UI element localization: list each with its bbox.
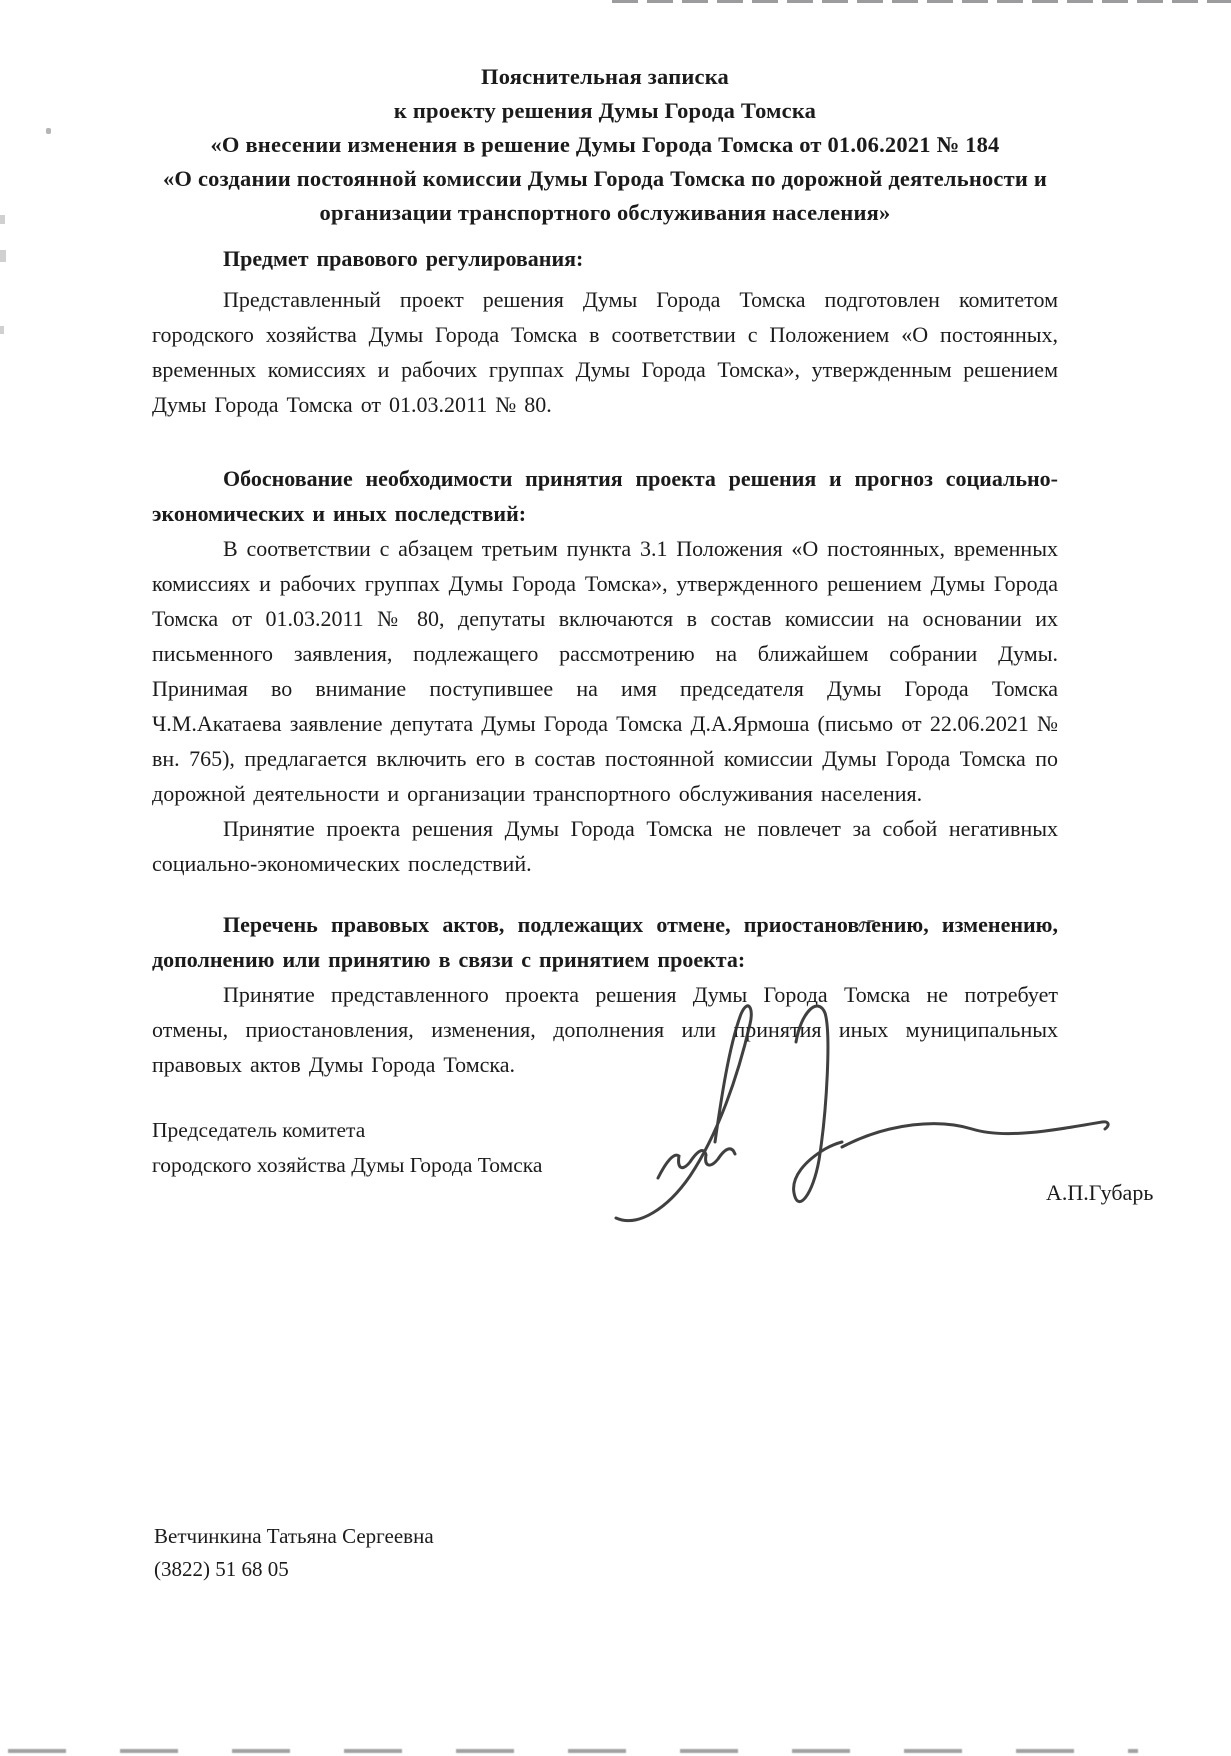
scan-speck (0, 326, 4, 334)
signer-position-line-2: городского хозяйства Думы Города Томска (152, 1148, 542, 1183)
paragraph-justification-2: Принятие проекта решения Думы Города Том… (152, 811, 1058, 881)
signer-name: А.П.Губарь (1046, 1180, 1153, 1206)
paragraph-subject-of-regulation: Представленный проект решения Думы Город… (152, 282, 1058, 422)
ink-speck-artifact (856, 915, 878, 933)
title-line-4: «О создании постоянной комиссии Думы Гор… (120, 162, 1090, 196)
document-title: Пояснительная записка к проекту решения … (120, 60, 1090, 230)
contact-block: Ветчинкина Татьяна Сергеевна (3822) 51 6… (154, 1520, 434, 1586)
signer-position-line-1: Председатель комитета (152, 1113, 542, 1148)
paragraph-justification-1: В соответствии с абзацем третьим пункта … (152, 531, 1058, 811)
signer-position: Председатель комитета городского хозяйст… (152, 1113, 542, 1183)
scan-speck (0, 250, 6, 262)
document-body: Пояснительная записка к проекту решения … (152, 60, 1058, 1082)
section-heading-justification: Обоснование необходимости принятия проек… (152, 461, 1058, 531)
scan-artifact-bottom-edge (8, 1749, 1138, 1753)
section-heading-list-of-acts: Перечень правовых актов, подлежащих отме… (152, 907, 1058, 977)
contact-person-name: Ветчинкина Татьяна Сергеевна (154, 1520, 434, 1553)
handwritten-signature (598, 980, 1118, 1240)
scan-speck (46, 128, 51, 134)
title-line-1: Пояснительная записка (120, 60, 1090, 94)
scan-speck (0, 215, 5, 224)
title-line-3: «О внесении изменения в решение Думы Гор… (120, 128, 1090, 162)
ink-speck-icon (856, 918, 878, 928)
contact-phone: (3822) 51 68 05 (154, 1553, 434, 1586)
title-line-2: к проекту решения Думы Города Томска (120, 94, 1090, 128)
section-heading-subject-of-regulation: Предмет правового регулирования: (152, 241, 1058, 276)
title-line-5: организации транспортного обслуживания н… (120, 196, 1090, 230)
scanned-document-page: Пояснительная записка к проекту решения … (0, 0, 1231, 1756)
signature-scribble-icon (598, 980, 1118, 1240)
scan-artifact-top-edge (612, 0, 1231, 3)
